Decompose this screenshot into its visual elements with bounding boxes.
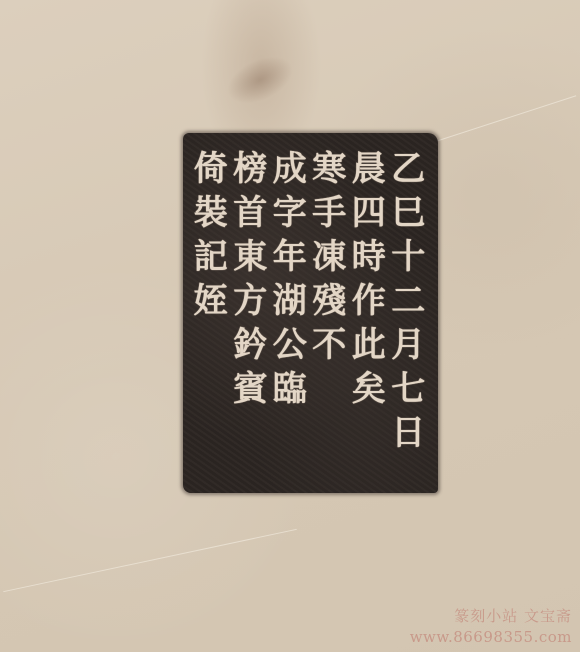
inscription-character: 日 <box>391 411 425 455</box>
inscription-character: 晨 <box>352 147 386 191</box>
inscription-character: 鈐 <box>233 323 267 367</box>
inscription-character: 乙 <box>391 147 425 191</box>
paper-smudge <box>220 47 300 113</box>
inscription-character: 矣 <box>352 367 386 411</box>
inscription-character: 時 <box>352 235 386 279</box>
inscription-character: 年 <box>273 235 307 279</box>
inscription-column: 倚裝記姪 <box>191 147 231 483</box>
inscription-character: 凍 <box>312 235 346 279</box>
inscription-columns: 乙巳十二月七日 晨四時作此矣 寒手凍殘不 成字年湖公臨 榜首東方鈐賓 倚裝記姪 <box>191 147 428 483</box>
inscription-column: 乙巳十二月七日 <box>389 147 429 483</box>
inscription-character: 不 <box>312 323 346 367</box>
inscription-character: 公 <box>273 323 307 367</box>
inscription-character: 姪 <box>194 279 228 323</box>
watermark: 篆刻小站 文宝斋 www.86698355.com <box>410 605 572 646</box>
inscription-character: 倚 <box>194 147 228 191</box>
inscription-character: 方 <box>233 279 267 323</box>
paper-crease <box>424 95 576 145</box>
inscription-character: 四 <box>352 191 386 235</box>
inscription-character: 月 <box>391 323 425 367</box>
inscription-column: 寒手凍殘不 <box>310 147 350 483</box>
inscription-character: 臨 <box>273 367 307 411</box>
paper-crease <box>3 529 297 592</box>
inscription-character: 手 <box>312 191 346 235</box>
watermark-url: www.86698355.com <box>410 628 572 646</box>
inscription-character: 成 <box>273 147 307 191</box>
inscription-character: 字 <box>273 191 307 235</box>
ink-rubbing: 乙巳十二月七日 晨四時作此矣 寒手凍殘不 成字年湖公臨 榜首東方鈐賓 倚裝記姪 <box>183 133 438 493</box>
inscription-character: 榜 <box>233 147 267 191</box>
inscription-character: 十 <box>391 235 425 279</box>
inscription-character: 首 <box>233 191 267 235</box>
inscription-character: 此 <box>352 323 386 367</box>
inscription-character: 作 <box>352 279 386 323</box>
inscription-character: 湖 <box>273 279 307 323</box>
inscription-column: 成字年湖公臨 <box>270 147 310 483</box>
inscription-character: 巳 <box>391 191 425 235</box>
inscription-character: 東 <box>233 235 267 279</box>
watermark-site-name: 篆刻小站 文宝斋 <box>410 605 572 626</box>
inscription-character: 賓 <box>233 367 267 411</box>
inscription-column: 晨四時作此矣 <box>349 147 389 483</box>
inscription-character: 記 <box>194 235 228 279</box>
inscription-character: 寒 <box>312 147 346 191</box>
inscription-column: 榜首東方鈐賓 <box>231 147 271 483</box>
inscription-character: 裝 <box>194 191 228 235</box>
inscription-character: 二 <box>391 279 425 323</box>
inscription-character: 殘 <box>312 279 346 323</box>
inscription-character: 七 <box>391 367 425 411</box>
